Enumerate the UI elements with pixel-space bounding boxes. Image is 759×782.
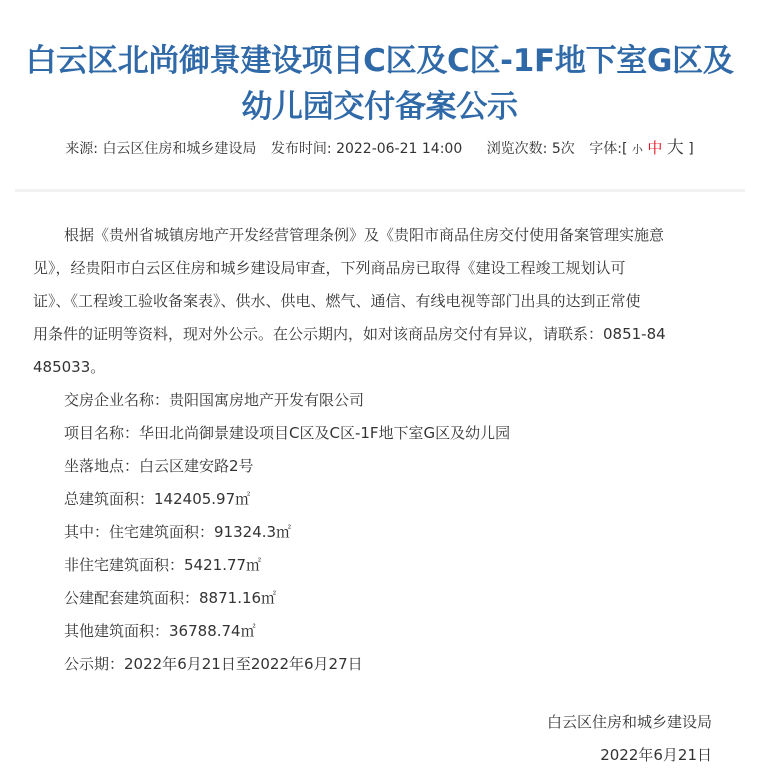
intro-line: 485033。 xyxy=(33,351,712,384)
field-value: 贵阳国寓房地产开发有限公司 xyxy=(169,391,364,409)
article-title-line-1: 白云区北尚御景建设项目C区及C区-1F地下室G区及 xyxy=(0,38,759,84)
views-value: 5次 xyxy=(552,141,575,157)
field-label: 公建配套建筑面积： xyxy=(64,589,199,607)
field-label: 非住宅建筑面积： xyxy=(64,556,184,574)
intro-line: 证》、《工程竣工验收备案表》、供水、供电、燃气、通信、有线电视等部门出具的达到正… xyxy=(33,285,712,318)
field-label: 其他建筑面积： xyxy=(64,622,169,640)
field-total-area: 总建筑面积：142405.97㎡ xyxy=(64,483,712,516)
intro-paragraph: 根据《贵州省城镇房地产开发经营管理条例》及《贵阳市商品住房交付使用备案管理实施意… xyxy=(33,219,712,384)
field-value: 91324.3㎡ xyxy=(214,523,291,541)
field-value: 5421.77㎡ xyxy=(184,556,261,574)
font-size-close-bracket: ] xyxy=(688,141,693,157)
signature-organization: 白云区住房和城乡建设局 xyxy=(547,706,712,739)
field-label: 公示期： xyxy=(64,655,124,673)
publish-label: 发布时间: xyxy=(271,141,332,157)
font-size-small-button[interactable]: 小 xyxy=(632,143,643,156)
header-divider xyxy=(15,189,745,192)
field-label: 其中：住宅建筑面积： xyxy=(64,523,214,541)
field-value: 36788.74㎡ xyxy=(169,622,256,640)
field-other-area: 其他建筑面积：36788.74㎡ xyxy=(64,615,712,648)
intro-line: 见》，经贵阳市白云区住房和城乡建设局审查，下列商品房已取得《建设工程竣工规划认可 xyxy=(33,252,712,285)
intro-line: 用条件的证明等资料，现对外公示。在公示期内，如对该商品房交付有异议，请联系：08… xyxy=(33,318,712,351)
field-residential-area: 其中：住宅建筑面积：91324.3㎡ xyxy=(64,516,712,549)
font-size-label: 字体:[ xyxy=(589,141,627,157)
field-label: 总建筑面积： xyxy=(64,490,154,508)
source-label: 来源: xyxy=(65,141,98,157)
article-title-line-2: 幼儿园交付备案公示 xyxy=(0,84,759,130)
field-value: 142405.97㎡ xyxy=(154,490,250,508)
field-value: 2022年6月21日至2022年6月27日 xyxy=(124,655,363,673)
signature-date: 2022年6月21日 xyxy=(600,739,712,772)
publish-value: 2022-06-21 14:00 xyxy=(336,141,462,157)
article-title: 白云区北尚御景建设项目C区及C区-1F地下室G区及 幼儿园交付备案公示 xyxy=(0,38,759,130)
field-location: 坐落地点：白云区建安路2号 xyxy=(64,450,712,483)
field-publicity-period: 公示期：2022年6月21日至2022年6月27日 xyxy=(64,648,712,681)
views-label: 浏览次数: xyxy=(487,141,548,157)
font-size-large-button[interactable]: 大 xyxy=(667,138,684,158)
field-value: 华田北尚御景建设项目C区及C区-1F地下室G区及幼儿园 xyxy=(139,424,510,442)
field-label: 坐落地点： xyxy=(64,457,139,475)
field-label: 项目名称： xyxy=(64,424,139,442)
font-size-medium-button[interactable]: 中 xyxy=(647,139,662,157)
field-value: 8871.16㎡ xyxy=(199,589,276,607)
field-non-residential-area: 非住宅建筑面积：5421.77㎡ xyxy=(64,549,712,582)
field-label: 交房企业名称： xyxy=(64,391,169,409)
article-meta: 来源: 白云区住房和城乡建设局 发布时间: 2022-06-21 14:00 浏… xyxy=(0,137,759,161)
intro-line: 根据《贵州省城镇房地产开发经营管理条例》及《贵阳市商品住房交付使用备案管理实施意 xyxy=(33,219,712,252)
field-developer: 交房企业名称：贵阳国寓房地产开发有限公司 xyxy=(64,384,712,417)
field-public-facility-area: 公建配套建筑面积：8871.16㎡ xyxy=(64,582,712,615)
source-value: 白云区住房和城乡建设局 xyxy=(102,141,256,157)
field-project-name: 项目名称：华田北尚御景建设项目C区及C区-1F地下室G区及幼儿园 xyxy=(64,417,712,450)
field-value: 白云区建安路2号 xyxy=(139,457,254,475)
article-body: 根据《贵州省城镇房地产开发经营管理条例》及《贵阳市商品住房交付使用备案管理实施意… xyxy=(64,219,712,681)
